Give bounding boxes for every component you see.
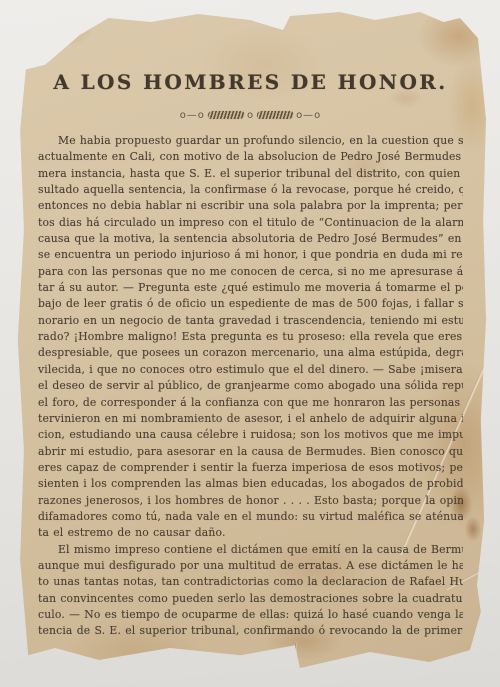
ornament-text-mid: o [247, 110, 254, 121]
text-line: sienten i los comprenden las almas bien … [38, 476, 463, 492]
text-line: difamadores como tú, nada vale en el mun… [38, 509, 463, 525]
page-title: A LOS HOMBRES DE HONOR. [38, 70, 463, 94]
text-line: mera instancia, hasta que S. E. el super… [38, 166, 463, 182]
text-line: Me habia propuesto guardar un profundo s… [38, 133, 463, 149]
text-line: el foro, de corresponder á la confianza … [38, 395, 463, 411]
text-line: actualmente en Cali, con motivo de la ab… [38, 149, 463, 165]
text-line: culo. — No es tiempo de ocuparme de ella… [38, 607, 463, 623]
text-line: despresiable, que posees un corazon merc… [38, 345, 463, 361]
text-line: tos dias há circulado un impreso con el … [38, 215, 463, 231]
text-line: el deseo de servir al público, de granje… [38, 378, 463, 394]
paper-tear-mark [295, 643, 297, 659]
text-line: sultado aquella sentencia, la confirmase… [38, 182, 463, 198]
text-line: vilecida, i que no conoces otro estimulo… [38, 362, 463, 378]
text-line: abrir mi estudio, para asesorar en la ca… [38, 444, 463, 460]
ornament-text-right: o—o [296, 110, 321, 121]
text-line: El mismo impreso contiene el dictámen qu… [38, 542, 463, 558]
text-line: bajo de leer gratis ó de oficio un esped… [38, 296, 463, 312]
document-page: A LOS HOMBRES DE HONOR. o—o o o—o Me hab… [14, 6, 486, 674]
text-line: entonces no debia hablar ni escribir una… [38, 198, 463, 214]
ornament-flourish-icon [207, 111, 244, 119]
text-line: norario en un negocio de tanta gravedad … [38, 313, 463, 329]
body-text: Me habia propuesto guardar un profundo s… [38, 133, 463, 640]
ornament-flourish-icon [257, 111, 294, 119]
paragraph: Me habia propuesto guardar un profundo s… [38, 133, 463, 542]
text-line: causa que la motiva, la sentencia absolu… [38, 231, 463, 247]
text-line: tervinieron en mi nombramiento de asesor… [38, 411, 463, 427]
text-line: tar á su autor. — Pregunta este ¿qué est… [38, 280, 463, 296]
text-line: aunque mui desfigurado por una multitud … [38, 558, 463, 574]
text-line: ta el estremo de no causar daño. [38, 525, 463, 541]
ornament-divider: o—o o o—o [38, 108, 463, 122]
text-line: tencia de S. E. el superior tribunal, co… [38, 623, 463, 639]
photo-background: { "colors":{"background":"#e9e7e4","pape… [0, 0, 500, 687]
text-line: eres capaz de comprender i sentir la fue… [38, 460, 463, 476]
text-line: tan convincentes como pueden serlo las d… [38, 591, 463, 607]
text-line: para con las personas que no me conocen … [38, 264, 463, 280]
ornament-text-left: o—o [180, 110, 205, 121]
printed-content: A LOS HOMBRES DE HONOR. o—o o o—o Me hab… [38, 70, 463, 640]
text-line: razones jenerosos, i los hombres de hono… [38, 493, 463, 509]
text-line: se encuentra un periodo injurioso á mi h… [38, 247, 463, 263]
text-line: rado? ¡Hombre maligno! Esta pregunta es … [38, 329, 463, 345]
text-line: cion, estudiando una causa célebre i rui… [38, 427, 463, 443]
paragraph: El mismo impreso contiene el dictámen qu… [38, 542, 463, 640]
text-line: to unas tantas notas, tan contradictoria… [38, 574, 463, 590]
